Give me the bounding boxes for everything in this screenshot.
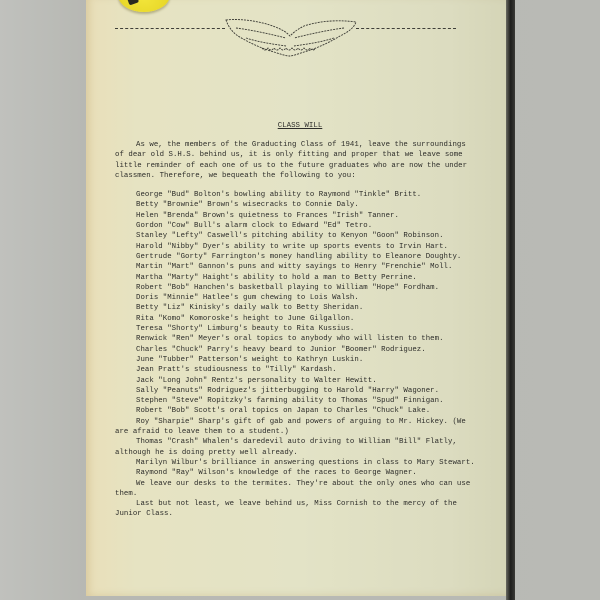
photo-background: CLASS WILL As we, the members of the Gra…: [0, 0, 600, 600]
bequest-item: Gertrude "Gorty" Farrington's money hand…: [115, 252, 475, 262]
bequest-item: Thomas "Crash" Whalen's daredevil auto d…: [115, 437, 475, 458]
bequest-item: Marilyn Wilbur's brilliance in answering…: [115, 458, 475, 468]
bequest-item: Last but not least, we leave behind us, …: [115, 499, 475, 520]
bequest-item: Gordon "Cow" Bull's alarm clock to Edwar…: [115, 221, 475, 231]
bequest-item: Teresa "Shorty" Limburg's beauty to Rita…: [115, 324, 475, 334]
bequest-item: Jack "Long John" Rentz's personality to …: [115, 376, 475, 386]
bequest-item: Stanley "Lefty" Caswell's pitching abili…: [115, 231, 475, 241]
bequest-item: June "Tubber" Patterson's weight to Kath…: [115, 355, 475, 365]
bequest-item: George "Bud" Bolton's bowling ability to…: [115, 190, 475, 200]
bequest-item: Martha "Marty" Haight's ability to hold …: [115, 273, 475, 283]
header-rule-right: [356, 28, 456, 30]
bequest-item: Harold "Nibby" Dyer's ability to write u…: [115, 242, 475, 252]
bequest-item: Sally "Peanuts" Rodriguez's jitterbuggin…: [115, 386, 475, 396]
bequest-item: We leave our desks to the termites. They…: [115, 479, 475, 500]
bequest-item: Robert "Bob" Hanchen's basketball playin…: [115, 283, 475, 293]
bequest-list: George "Bud" Bolton's bowling ability to…: [115, 190, 475, 520]
bequest-item: Helen "Brenda" Brown's quietness to Fran…: [115, 211, 475, 221]
bequest-item: Jean Pratt's studiousness to "Tilly" Kar…: [115, 365, 475, 375]
bequest-item: Renwick "Ren" Meyer's oral topics to any…: [115, 334, 475, 344]
bequest-item: Charles "Chuck" Parry's heavy beard to J…: [115, 345, 475, 355]
winged-emblem-icon: [222, 14, 358, 58]
bequest-item: Stephen "Steve" Ropitzky's farming abili…: [115, 396, 475, 406]
bequest-item: Doris "Minnie" Hatlee's gum chewing to L…: [115, 293, 475, 303]
bequest-item: Martin "Mart" Gannon's puns and witty sa…: [115, 262, 475, 272]
bequest-item: Betty "Brownie" Brown's wisecracks to Co…: [115, 200, 475, 210]
document-title: CLASS WILL: [115, 120, 475, 132]
bequest-item: Roy "Sharpie" Sharp's gift of gab and po…: [115, 417, 475, 438]
page-edge-shadow: [506, 0, 515, 600]
intro-paragraph: As we, the members of the Graducting Cla…: [115, 140, 475, 181]
bequest-item: Betty "Liz" Kinisky's daily walk to Bett…: [115, 303, 475, 313]
bequest-item: Rita "Komo" Komoroske's height to June G…: [115, 314, 475, 324]
bequest-item: Robert "Bob" Scott's oral topics on Japa…: [115, 406, 475, 416]
header-rule-left: [115, 28, 225, 30]
document-body: CLASS WILL As we, the members of the Gra…: [115, 120, 475, 520]
bequest-item: Raymond "Ray" Wilson's knowledge of the …: [115, 468, 475, 478]
